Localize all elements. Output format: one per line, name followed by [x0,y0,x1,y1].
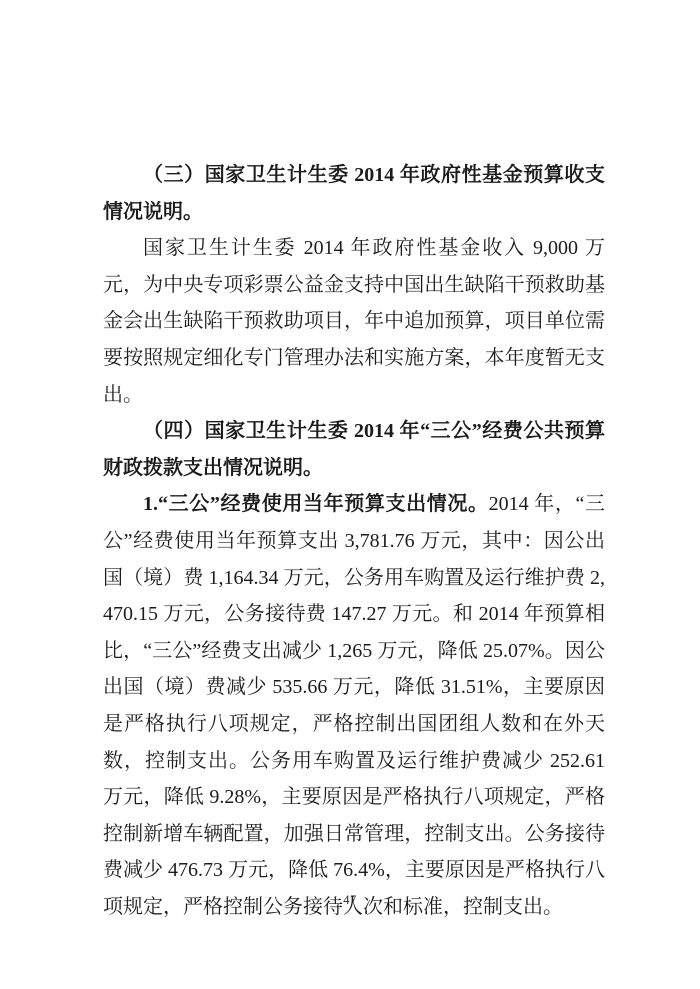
document-page: （三）国家卫生计生委 2014 年政府性基金预算收支情况说明。 国家卫生计生委 … [0,0,700,989]
section-heading-3: （三）国家卫生计生委 2014 年政府性基金预算收支情况说明。 [103,157,605,230]
paragraph-government-fund: 国家卫生计生委 2014 年政府性基金收入 9,000 万元，为中央专项彩票公益… [103,230,605,413]
paragraph-body-text: 2014 年，“三公”经费使用当年预算支出 3,781.76 万元，其中：因公出… [103,493,605,918]
paragraph-bold-lead: 1.“三公”经费使用当年预算支出情况。 [143,493,489,515]
paragraph-three-public-funds: 1.“三公”经费使用当年预算支出情况。2014 年，“三公”经费使用当年预算支出… [103,486,605,925]
document-body: （三）国家卫生计生委 2014 年政府性基金预算收支情况说明。 国家卫生计生委 … [103,157,605,925]
page-number: 47 [0,893,700,908]
section-heading-4: （四）国家卫生计生委 2014 年“三公”经费公共预算财政拨款支出情况说明。 [103,413,605,486]
